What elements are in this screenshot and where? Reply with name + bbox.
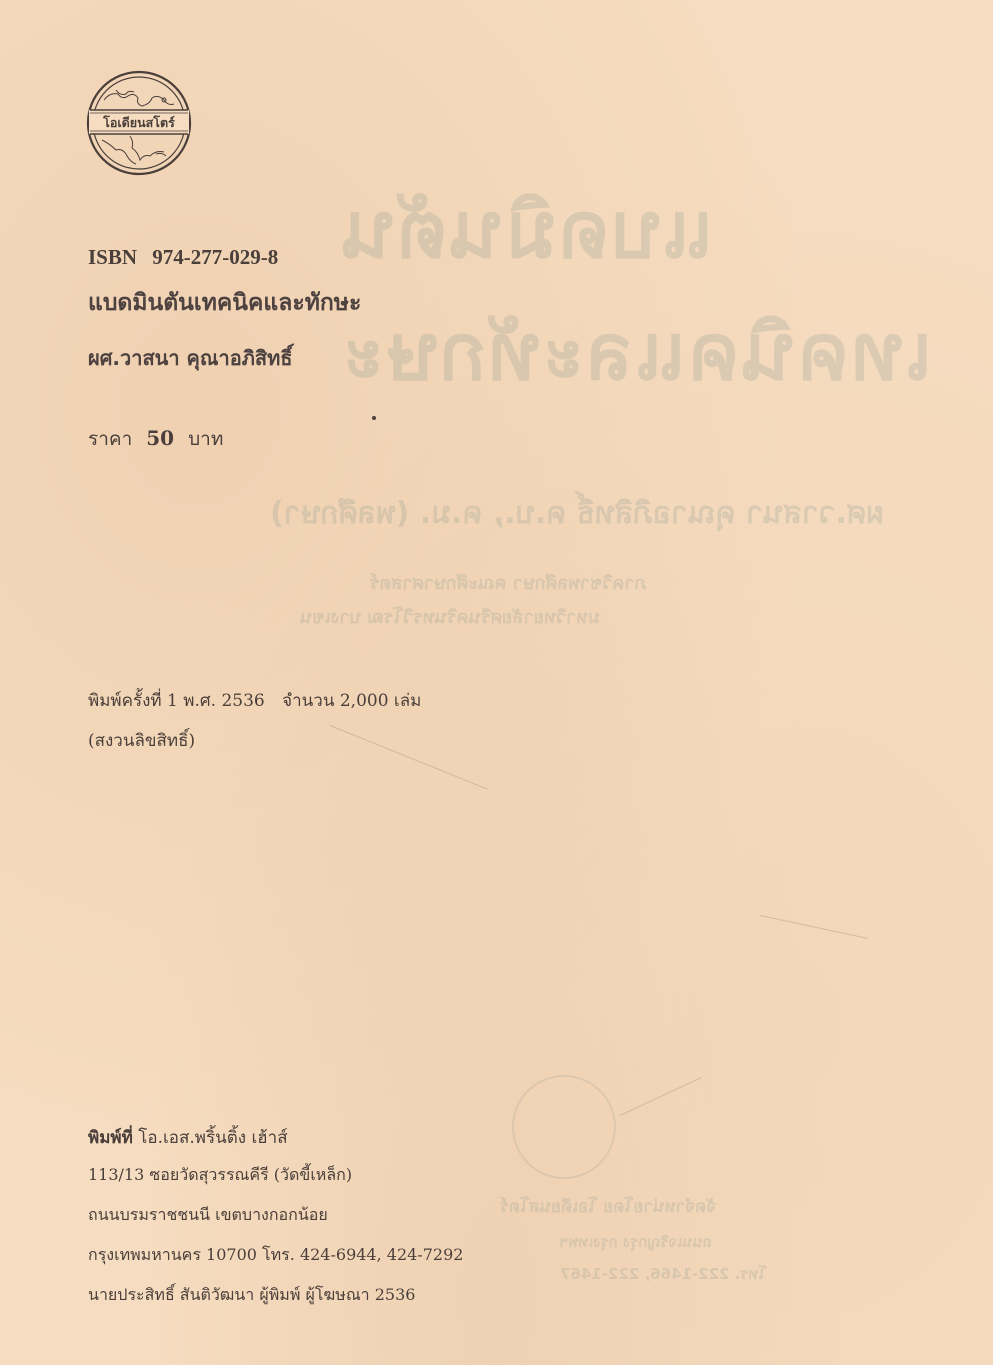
printer-name: โอ.เอส.พริ้นติ้ง เฮ้าส์ <box>138 1128 287 1148</box>
paper-crease <box>330 725 488 790</box>
publisher-line: นายประสิทธิ์ สันติวัฒนา ผู้พิมพ์ ผู้โฆษณ… <box>88 1283 415 1308</box>
bleed-through-subtitle-1: ภาควิชาพลศึกษา คณะศึกษาศาสตร์ <box>370 568 647 597</box>
printer-address-line-1: 113/13 ซอยวัดสุวรรณคีรี (วัดขี้เหล็ก) <box>88 1163 352 1188</box>
price-currency: บาท <box>188 428 223 450</box>
isbn-value: 974-277-029-8 <box>152 245 278 269</box>
book-title: แบดมินตันเทคนิคและทักษะ <box>88 285 361 321</box>
bleed-through-logo <box>512 1075 616 1179</box>
printing-number: พิมพ์ครั้งที่ 1 <box>88 691 178 711</box>
printer-address-line-3: กรุงเทพมหานคร 10700 โทร. 424-6944, 424-7… <box>88 1243 463 1268</box>
book-author: ผศ.วาสนา คุณาอภิสิทธิ์ <box>88 342 293 374</box>
price-value: 50 <box>146 426 174 450</box>
copyright-notice: (สงวนลิขสิทธิ์) <box>88 727 195 754</box>
globe-icon: โอเดียนสโตร์ <box>86 70 192 176</box>
isbn-label: ISBN <box>88 245 137 269</box>
printing-year: พ.ศ. 2536 <box>183 691 264 711</box>
imprint-page: แบดมินตัน เทคนิคและทักษะ ผศ.วาสนา คุณาอภ… <box>0 0 993 1365</box>
price-label: ราคา <box>88 428 132 450</box>
edition-info: พิมพ์ครั้งที่ 1 พ.ศ. 2536 จำนวน 2,000 เล… <box>88 687 421 714</box>
printer-address-line-2: ถนนบรมราชชนนี เขตบางกอกน้อย <box>88 1203 328 1228</box>
paper-crease <box>760 915 868 939</box>
print-quantity: จำนวน 2,000 เล่ม <box>282 691 421 711</box>
bleed-through-author: ผศ.วาสนา คุณาอภิสิทธิ์ ค.บ., ค.ม. (พลศึก… <box>270 490 883 537</box>
ink-speck <box>372 416 376 420</box>
bleed-through-title-2: เทคนิคและทักษะ <box>340 290 932 414</box>
bleed-through-publisher-2: ถนนเจริญกรุง กรุงเทพฯ <box>560 1230 712 1254</box>
bleed-through-subtitle-2: มหาวิทยาลัยศรีนครินทรวิโรฒ บางเขน <box>300 602 600 631</box>
printer-label: พิมพ์ที่ <box>88 1128 133 1148</box>
publisher-logo-label: โอเดียนสโตร์ <box>102 115 175 130</box>
bleed-through-publisher-3: โทร. 222-1466, 222-1467 <box>560 1262 766 1286</box>
publisher-logo: โอเดียนสโตร์ <box>86 70 192 176</box>
printer: พิมพ์ที่ โอ.เอส.พริ้นติ้ง เฮ้าส์ <box>88 1124 288 1151</box>
bleed-through-title-1: แบดมินตัน <box>340 168 713 292</box>
price: ราคา50บาท <box>88 424 223 454</box>
isbn: ISBN 974-277-029-8 <box>88 245 278 270</box>
paper-crease <box>620 1077 702 1116</box>
bleed-through-publisher-1: จัดจำหน่ายโดย โอเดียนสโตร์ <box>500 1193 716 1220</box>
